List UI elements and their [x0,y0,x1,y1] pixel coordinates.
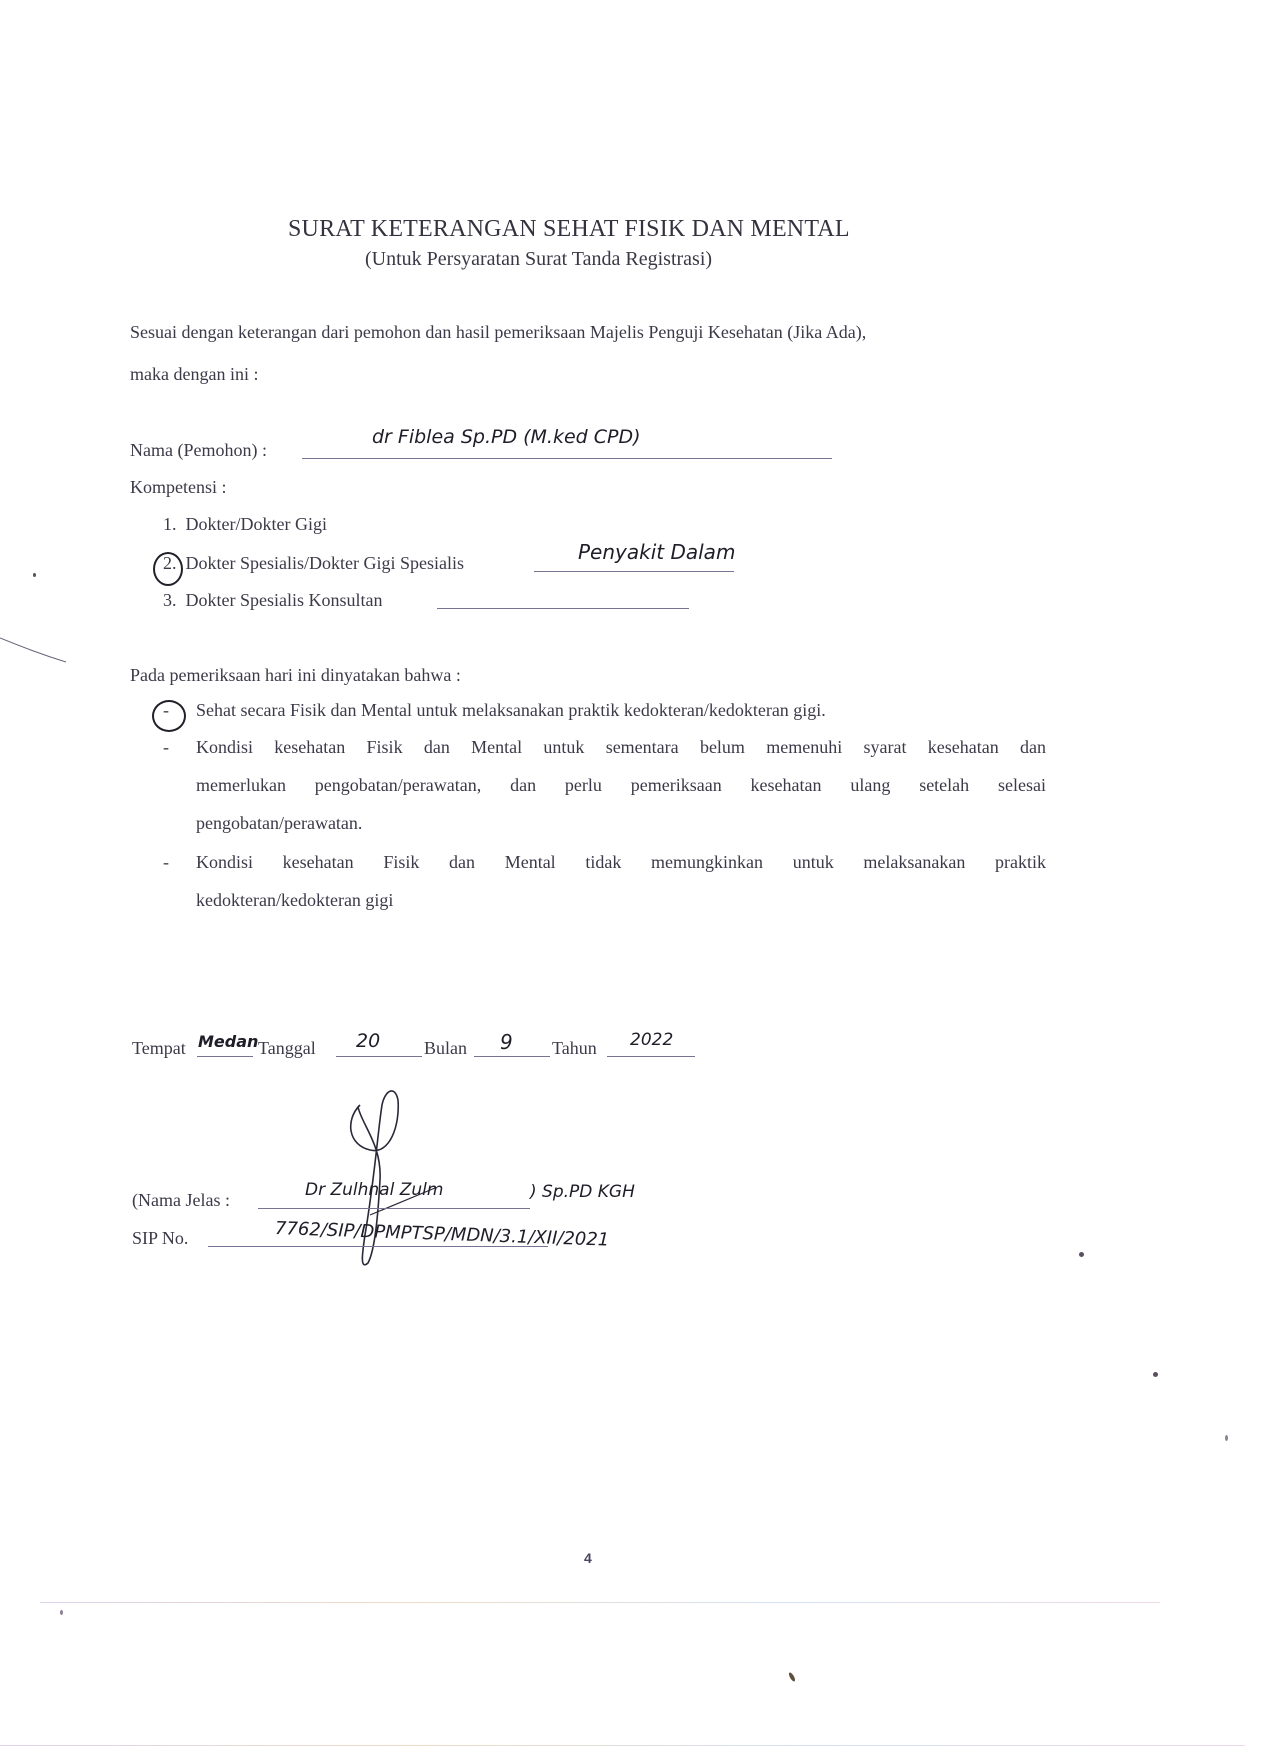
scan-speck [60,1610,63,1615]
year-field[interactable]: 2022 [630,1030,673,1050]
sip-label: SIP No. [132,1228,188,1249]
competence-option-3[interactable]: 3. Dokter Spesialis Konsultan [163,590,382,611]
scan-speck [1225,1435,1228,1441]
scan-artifact-line [40,1602,1160,1603]
statement-3-line-1: Kondisi kesehatan Fisik dan Mental tidak… [196,852,1046,873]
signatory-name-field[interactable]: Dr Zulhnal Zulm [305,1180,443,1200]
scan-speck [33,573,36,577]
year-underline [607,1056,695,1057]
day-label: Tanggal [258,1038,316,1059]
place-field[interactable]: Medan [198,1032,258,1051]
scan-artifact-stroke [0,628,70,668]
document-subtitle: (Untuk Persyaratan Surat Tanda Registras… [365,248,712,271]
statement-2-line-1: Kondisi kesehatan Fisik dan Mental untuk… [196,737,1046,758]
option-label: Dokter Spesialis/Dokter Gigi Spesialis [186,553,464,573]
option-label: Dokter Spesialis Konsultan [186,590,383,610]
applicant-label: Nama (Pemohon) : [130,440,267,461]
statement-1-marker[interactable]: - [163,700,169,721]
scan-speck [788,1672,796,1683]
intro-line-2: maka dengan ini : [130,364,258,385]
month-field[interactable]: 9 [500,1030,513,1054]
option-label: Dokter/Dokter Gigi [186,514,327,534]
statement-1-line-1: Sehat secara Fisik dan Mental untuk mela… [196,700,826,721]
statement-2-marker[interactable]: - [163,737,169,758]
competence-label: Kompetensi : [130,477,227,498]
option-number: 1. [163,514,177,534]
option-number: 3. [163,590,177,610]
competence-option-1[interactable]: 1. Dokter/Dokter Gigi [163,514,327,535]
signatory-name-underline [258,1208,530,1209]
scan-speck [1079,1252,1084,1257]
year-label: Tahun [552,1038,597,1059]
intro-line-1: Sesuai dengan keterangan dari pemohon da… [130,322,866,343]
place-underline [197,1056,253,1057]
exam-label: Pada pemeriksaan hari ini dinyatakan bah… [130,665,461,686]
statement-3-line-2: kedokteran/kedokteran gigi [196,890,393,911]
statement-2-line-2: memerlukan pengobatan/perawatan, dan per… [196,775,1046,796]
consultant-underline [437,608,689,609]
specialist-field[interactable]: Penyakit Dalam [578,540,735,564]
signatory-title: ) Sp.PD KGH [530,1182,635,1202]
scan-speck [1153,1372,1158,1377]
statement-2-line-3: pengobatan/perawatan. [196,813,362,834]
month-underline [474,1056,550,1057]
place-label: Tempat [132,1038,186,1059]
selected-circle-mark [152,700,186,732]
document-title: SURAT KETERANGAN SEHAT FISIK DAN MENTAL [288,216,850,243]
competence-option-2[interactable]: 2. Dokter Spesialis/Dokter Gigi Spesiali… [163,553,464,574]
month-label: Bulan [424,1038,467,1059]
applicant-underline [302,458,832,459]
specialist-underline [534,571,734,572]
day-underline [336,1056,422,1057]
scan-artifact-line [0,1745,1245,1746]
signatory-name-label: (Nama Jelas : [132,1190,230,1211]
day-field[interactable]: 20 [356,1030,380,1052]
statement-3-marker[interactable]: - [163,852,169,873]
option-number: 2. [163,553,177,573]
page-number: 4 [584,1550,592,1566]
applicant-name-field[interactable]: dr Fiblea Sp.PD (M.ked CPD) [372,426,641,448]
